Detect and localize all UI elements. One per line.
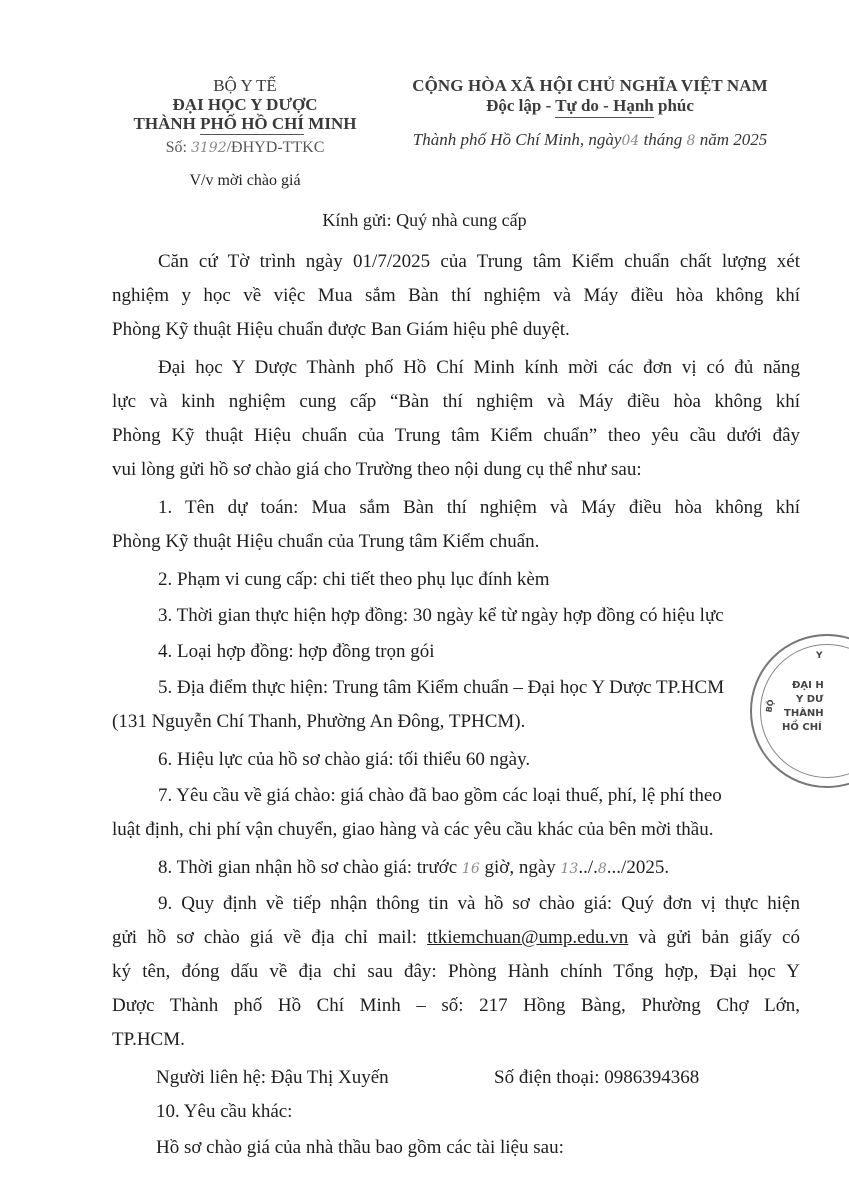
paragraph-1-line-3: Phòng Kỹ thuật Hiệu chuẩn được Ban Giám … — [112, 320, 800, 339]
document-number-handwritten: 3192 — [191, 140, 227, 156]
email-link[interactable]: ttkiemchuan@ump.edu.vn — [427, 927, 628, 948]
item-7-line-1: 7. Yêu cầu về giá chào: giá chào đã bao … — [158, 786, 800, 805]
motto-part: phúc — [654, 96, 694, 115]
item-10-sub: Hồ sơ chào giá của nhà thầu bao gồm các … — [156, 1138, 564, 1157]
item-3: 3. Thời gian thực hiện hợp đồng: 30 ngày… — [158, 606, 800, 625]
national-motto: Độc lập - Tự do - Hạnh phúc — [400, 96, 780, 116]
item-8-mid: giờ, ngày — [480, 857, 561, 878]
document-number: Số: 3192/ĐHYD-TTKC — [110, 137, 380, 159]
university-name-line1: ĐẠI HỌC Y DƯỢC — [110, 95, 380, 114]
seal-text-line4: HỒ CHÍ — [782, 722, 822, 734]
item-2: 2. Phạm vi cung cấp: chi tiết theo phụ l… — [158, 570, 800, 589]
item-9-line-2: gửi hồ sơ chào giá về địa chỉ mail: ttki… — [112, 928, 800, 947]
item-9-text: và gửi bản giấy có — [628, 927, 800, 948]
date-month-label: tháng — [639, 130, 686, 149]
item-8-label: 8. Thời gian nhận hồ sơ chào giá: trước — [158, 857, 462, 878]
seal-text-line2: Y DƯ — [796, 694, 823, 706]
contact-person: Người liên hệ: Đậu Thị Xuyến — [156, 1068, 389, 1087]
item-9-line-4: Dược Thành phố Hồ Chí Minh – số: 217 Hồn… — [112, 996, 800, 1015]
item-8: 8. Thời gian nhận hồ sơ chào giá: trước … — [158, 858, 800, 879]
item-7-line-2: luật định, chi phí vận chuyển, giao hàng… — [112, 820, 800, 839]
paragraph-2-line-2: lực và kinh nghiệm cung cấp “Bàn thí ngh… — [112, 392, 800, 411]
issuer-block: BỘ Y TẾ ĐẠI HỌC Y DƯỢC THÀNH PHỐ HỒ CHÍ … — [110, 76, 380, 191]
paragraph-1-line-2: nghiệm y học về việc Mua sắm Bàn thí ngh… — [112, 286, 800, 305]
item-5-line-2: (131 Nguyễn Chí Thanh, Phường An Đông, T… — [112, 712, 800, 731]
national-header: CỘNG HÒA XÃ HỘI CHỦ NGHĨA VIỆT NAM Độc l… — [400, 76, 780, 151]
item-1-line-1: 1. Tên dự toán: Mua sắm Bàn thí nghiệm v… — [158, 498, 800, 517]
item-9-line-5: TP.HCM. — [112, 1030, 800, 1049]
contact-phone: Số điện thoại: 0986394368 — [494, 1068, 699, 1087]
national-title: CỘNG HÒA XÃ HỘI CHỦ NGHĨA VIỆT NAM — [400, 76, 780, 96]
ministry-name: BỘ Y TẾ — [110, 76, 380, 95]
deadline-day-handwritten: 13 — [561, 861, 579, 877]
item-6: 6. Hiệu lực của hồ sơ chào giá: tối thiể… — [158, 750, 800, 769]
paragraph-2-line-4: vui lòng gửi hồ sơ chào giá cho Trường t… — [112, 460, 800, 479]
seal-text-side: BỘ — [763, 699, 777, 714]
seal-text-line3: THÀNH — [784, 708, 824, 720]
item-8-sep: ../. — [578, 857, 598, 878]
university-name-part: THÀNH — [134, 114, 201, 133]
date-day-handwritten: 04 — [621, 133, 639, 149]
item-4: 4. Loại hợp đồng: hợp đồng trọn gói — [158, 642, 800, 661]
item-9-text: gửi hồ sơ chào giá về địa chỉ mail: — [112, 927, 427, 948]
document-date: Thành phố Hồ Chí Minh, ngày04 tháng 8 nă… — [400, 130, 780, 151]
seal-text-line1: ĐẠI H — [792, 680, 824, 692]
salutation: Kính gửi: Quý nhà cung cấp — [0, 211, 849, 230]
seal-text-top: Y — [816, 650, 823, 662]
item-1-line-2: Phòng Kỹ thuật Hiệu chuẩn của Trung tâm … — [112, 532, 800, 551]
university-name-part: MINH — [304, 114, 356, 133]
deadline-month-handwritten: 8 — [598, 861, 607, 877]
university-name-underlined: PHỐ HỒ CHÍ — [200, 114, 304, 135]
deadline-hour-handwritten: 16 — [462, 861, 480, 877]
paragraph-1-line-1: Căn cứ Tờ trình ngày 01/7/2025 của Trung… — [158, 252, 800, 271]
item-10: 10. Yêu cầu khác: — [156, 1102, 292, 1121]
motto-part: Độc lập - — [486, 96, 555, 115]
item-9-line-1: 9. Quy định về tiếp nhận thông tin và hồ… — [158, 894, 800, 913]
university-name-line2: THÀNH PHỐ HỒ CHÍ MINH — [110, 114, 380, 133]
date-year: năm 2025 — [695, 130, 767, 149]
item-9-line-3: ký tên, đóng dấu về địa chỉ sau đây: Phò… — [112, 962, 800, 981]
item-5-line-1: 5. Địa điểm thực hiện: Trung tâm Kiểm ch… — [158, 678, 800, 697]
paragraph-2-line-3: Phòng Kỹ thuật Hiệu chuẩn của Trung tâm … — [112, 426, 800, 445]
motto-underlined: Tự do - Hạnh — [555, 96, 654, 118]
item-8-suffix: .../2025. — [607, 857, 669, 878]
document-number-suffix: /ĐHYD-TTKC — [227, 139, 325, 156]
paragraph-2-line-1: Đại học Y Dược Thành phố Hồ Chí Minh kín… — [158, 358, 800, 377]
document-number-label: Số: — [166, 139, 191, 156]
document-subject: V/v mời chào giá — [110, 171, 380, 191]
date-prefix: Thành phố Hồ Chí Minh, ngày — [413, 130, 622, 149]
